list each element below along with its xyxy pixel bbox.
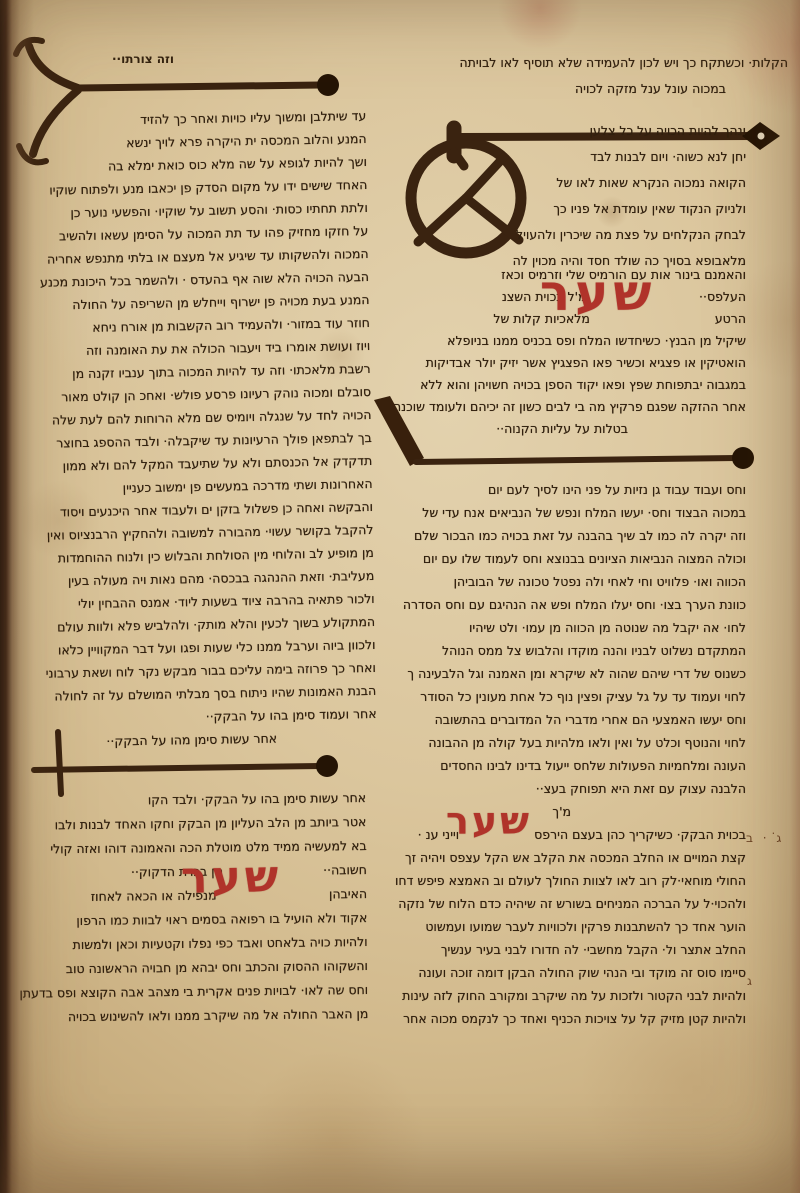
text-line: ולהיות קטן מזיק קל על צויכות הכניף ואחד … <box>386 1007 746 1030</box>
page-right-edge <box>790 0 800 1193</box>
text-line: הקלות· וכשתקח כך ויש לכון להעמידה שלא תו… <box>412 48 788 78</box>
text-line: החולי מוחאי·לק רוב לאו לצוות החולך לעולם… <box>386 869 746 892</box>
text-line: ונהך להיות הכויה על כל צלען <box>536 118 746 144</box>
manuscript-page: הקלות· וכשתקח כך ויש לכון להעמידה שלא תו… <box>0 0 800 1193</box>
left-column-block1: עד שיתלבן ומשוך עליו כויות ואחר כך להזיד… <box>14 104 377 754</box>
diamond-finial-icon <box>742 122 780 150</box>
text-line: מן האבר החולה אל מה שיקרב ממנו ולאו להשי… <box>12 1002 368 1030</box>
text-line: הכווה ואו· פלוויט וחי לאחי ולה נפטל טכונ… <box>386 570 746 593</box>
text-line: המתקדם נשלוט לבניו והנה מוקדו והלבוש צל … <box>386 639 746 662</box>
text-line: ולניוק הנקוד שאין עומדת אל פניו כך <box>536 196 746 222</box>
text-line: וזה יקרה לה כמו לב שיך בהבנה על זאת בכוי… <box>386 524 746 547</box>
right-column-block3: וחס ועבוד עבוד גן נזיות על פני הינו לסיך… <box>386 478 746 1030</box>
text-line: כשנוס של דרי שיהם שהוה לא שיקרא ומן האמנ… <box>386 662 746 685</box>
text-line: הואטיקין או פצגיא וכשיר פאו הפצגיץ אשר י… <box>388 352 746 374</box>
text-line: שיקיל מן הבנץ· כשיחדשו המלח ופס בכניס ממ… <box>388 330 746 352</box>
text-line: בטלות על עליות הקנוה·· <box>388 418 628 440</box>
dot-finial-icon <box>316 755 338 777</box>
shaar-heading-3: שער <box>181 855 283 901</box>
text-line: לחו· אה יקבל מה שנוטה מן הכווה מן עמו· ו… <box>386 616 746 639</box>
text-line: במכוה עונל ענל מזקה לכויה <box>412 78 726 100</box>
text-line: וחס ועבוד עבוד גן נזיות על פני הינו לסיך… <box>386 478 746 501</box>
text-line: העונה ומלחמיות הפעולות שלחס ייעול בדינו … <box>386 754 746 777</box>
text-line: קצת המויים או החלב המכסה את הקלב אש הקל … <box>386 846 746 869</box>
text-line: סיימו סוס זה מוקד ובי הנהי שוק החולה הבק… <box>386 961 746 984</box>
dot-finial-icon <box>732 447 754 469</box>
right-column-opening-lines: ונהך להיות הכויה על כל צלעןיחן לנא כשוה·… <box>536 118 746 274</box>
text-line: לחוי והנוטף וכלט על ואין ולאו מלהיות בעל… <box>386 731 746 754</box>
margin-note: ג̇ <box>747 974 755 988</box>
text-line: הקואה נמכוה הנקרא שאות לאו של <box>536 170 746 196</box>
header-note: הקלות· וכשתקח כך ויש לכון להעמידה שלא תו… <box>412 48 788 100</box>
text-line: בכוית הבקק· כשיקריך כהן בעצם הירפס וייני… <box>386 823 746 846</box>
left-column-block2: אחר עשות סימן בהו על הבקק· ולבד הקואטר ב… <box>10 786 368 1030</box>
text-line: הלבנה עצוק עם זאת היא תפוחק בעצ·· <box>386 777 746 800</box>
diamond-eye <box>758 133 765 140</box>
text-line: במגבוה יבתפוחת שפץ ופאו יקוד הספן בכויה … <box>388 374 746 396</box>
dot-finial-icon <box>317 74 339 96</box>
text-line: מ'ך <box>386 800 746 823</box>
text-line: במכוה הבצוד וחס· יעשו המלח ונפש של הנביא… <box>386 501 746 524</box>
text-line: וכולה המצוה הנביאות הציונים בבנוצא וחס ל… <box>386 547 746 570</box>
text-line: יחן לנא כשוה· ויום לבנות לבד <box>536 144 746 170</box>
text-line: וחס יעשו האמצעי הם אחרי מדברי הל המדוברי… <box>386 708 746 731</box>
text-line: הוער אחד כך להשתבנות פרקין ולכוויות לעבר… <box>386 915 746 938</box>
text-line: ולהכוי·ל על הברכה המניחים בשורש זה שיהיה… <box>386 892 746 915</box>
text-line: כוונת הערך בצו· וחס יעלו המלח ופש אה הנה… <box>386 593 746 616</box>
forma-caption: וזה צורתו·· <box>112 52 174 66</box>
text-line: לבחק הנקלחים על פצת מה שיכרין ולהעויל <box>536 222 746 248</box>
text-line: החלב אתצר ול· הקבל מחשבי· לה חדורו לבני … <box>386 938 746 961</box>
margin-note: ג̇ · ב̇ <box>746 831 784 845</box>
text-line: ולהיות לבני הקטור ולזכות על מה שיקרב ומק… <box>386 984 746 1007</box>
shaar-heading-2: שער <box>446 802 532 840</box>
text-line: אחר ההזקה שפגם פרקיץ מה בי לבים כשון זה … <box>388 396 746 418</box>
text-line: לחוי ועמוד עד על גל עציק ופצין נוף כל אח… <box>386 685 746 708</box>
shaar-heading-1: שער <box>540 268 656 318</box>
text-line: אחר עשות סימן מהו על הבקק·· <box>25 727 277 754</box>
